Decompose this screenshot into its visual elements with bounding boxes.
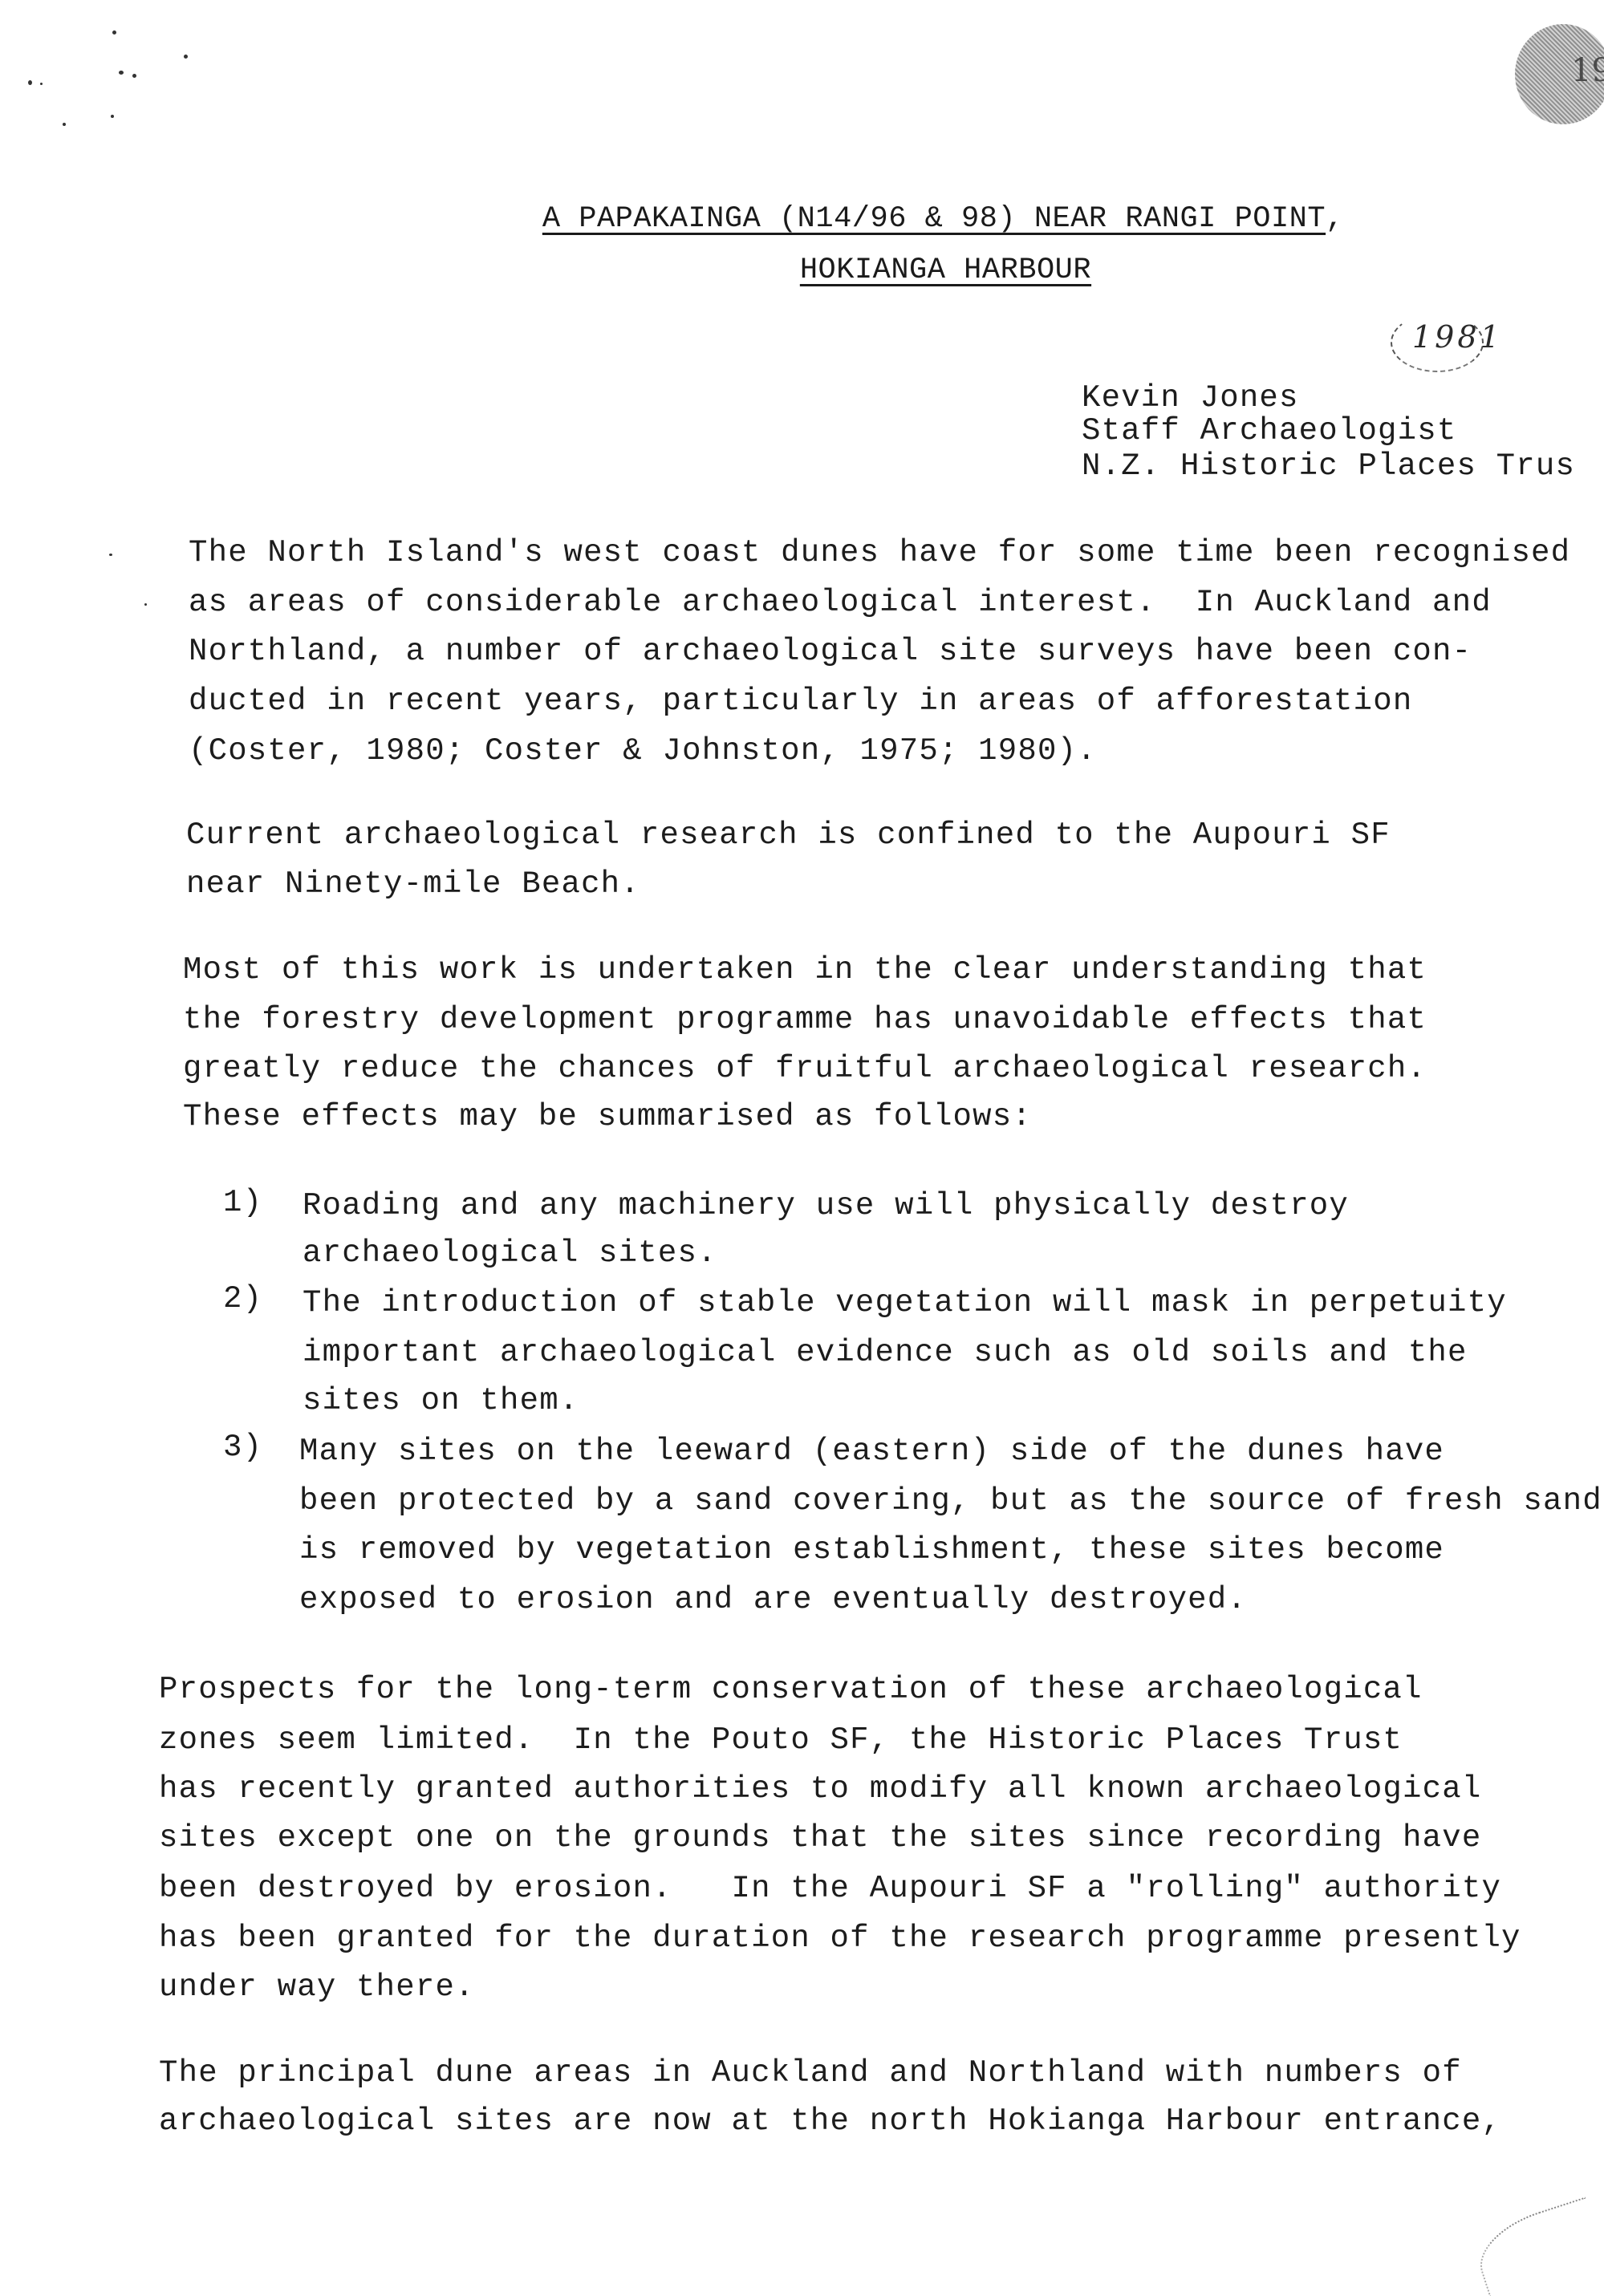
paragraph-line: near Ninety-mile Beach.	[186, 869, 640, 900]
handwritten-year: 1981	[1412, 319, 1503, 355]
paragraph-line: zones seem limited. In the Pouto SF, the…	[159, 1725, 1403, 1756]
paragraph-line: has been granted for the duration of the…	[159, 1923, 1521, 1954]
document-title-line-2: HOKIANGA HARBOUR	[727, 226, 1091, 315]
scan-speck	[132, 74, 136, 78]
title-text-2: HOKIANGA HARBOUR	[800, 254, 1091, 287]
paragraph-line: has recently granted authorities to modi…	[159, 1774, 1481, 1805]
list-line: exposed to erosion and are eventually de…	[299, 1584, 1247, 1616]
stamp-number: 19	[1571, 52, 1604, 89]
paragraph-line: The principal dune areas in Auckland and…	[159, 2058, 1462, 2089]
paragraph-line: Prospects for the long-term conservation…	[159, 1674, 1423, 1706]
scan-speck	[40, 83, 43, 85]
list-line: The introduction of stable vegetation wi…	[303, 1288, 1507, 1319]
list-line: is removed by vegetation establishment, …	[299, 1535, 1444, 1566]
paragraph-line: Northland, a number of archaeological si…	[189, 636, 1472, 667]
scan-speck	[119, 71, 124, 75]
scan-speck	[111, 115, 114, 118]
list-number: 3)	[223, 1432, 262, 1463]
scan-speck	[144, 603, 147, 606]
scan-speck	[63, 123, 66, 126]
list-line: Roading and any machinery use will physi…	[303, 1191, 1349, 1222]
paragraph-line: The North Island's west coast dunes have…	[189, 537, 1570, 569]
paragraph-line: sites except one on the grounds that the…	[159, 1823, 1481, 1854]
paragraph-line: Current archaeological research is confi…	[186, 820, 1391, 851]
title-comma: ,	[1326, 202, 1344, 236]
paragraph-line: as areas of considerable archaeological …	[189, 587, 1492, 619]
pencil-mark	[1469, 2197, 1604, 2296]
list-line: archaeological sites.	[303, 1238, 717, 1269]
list-line: important archaeological evidence such a…	[303, 1337, 1468, 1369]
paragraph-line: Most of this work is undertaken in the c…	[183, 955, 1427, 986]
scan-speck	[112, 30, 116, 34]
scan-speck	[184, 55, 188, 59]
list-line: Many sites on the leeward (eastern) side…	[299, 1436, 1444, 1467]
document-page: 19 A PAPAKAINGA (N14/96 & 98) NEAR RANGI…	[0, 0, 1604, 2296]
author-name: Kevin Jones	[1082, 383, 1299, 414]
paragraph-line: archaeological sites are now at the nort…	[159, 2106, 1501, 2137]
author-organisation: N.Z. Historic Places Trus	[1082, 451, 1575, 482]
scan-speck	[28, 80, 32, 85]
paragraph-line: under way there.	[159, 1972, 475, 2003]
list-number: 2)	[223, 1284, 262, 1315]
author-role: Staff Archaeologist	[1082, 416, 1456, 447]
paragraph-line: ducted in recent years, particularly in …	[189, 686, 1412, 717]
paragraph-line: greatly reduce the chances of fruitful a…	[183, 1053, 1427, 1085]
paragraph-line: the forestry development programme has u…	[183, 1004, 1427, 1036]
list-line: been protected by a sand covering, but a…	[299, 1486, 1602, 1517]
list-line: sites on them.	[303, 1385, 579, 1417]
paragraph-line: These effects may be summarised as follo…	[183, 1101, 1032, 1133]
paragraph-line: been destroyed by erosion. In the Aupour…	[159, 1873, 1501, 1905]
list-number: 1)	[223, 1187, 262, 1219]
paragraph-line: (Coster, 1980; Coster & Johnston, 1975; …	[189, 736, 1097, 767]
scan-speck	[109, 554, 112, 556]
